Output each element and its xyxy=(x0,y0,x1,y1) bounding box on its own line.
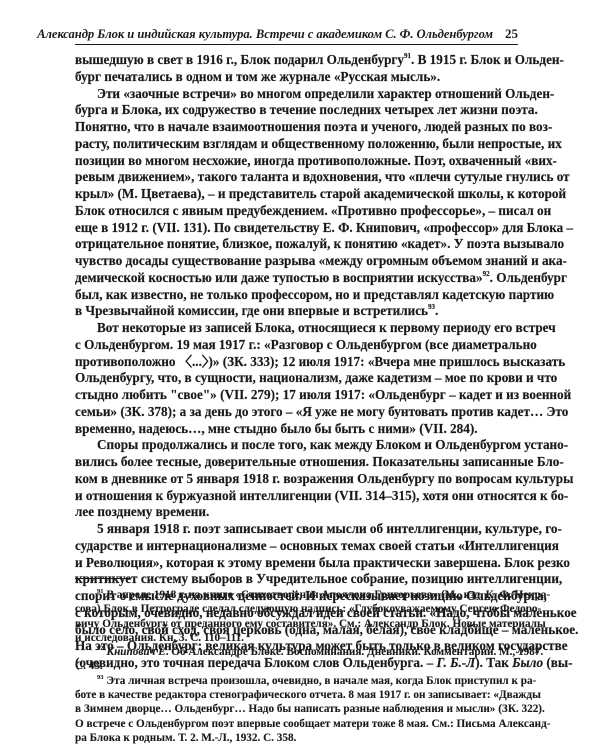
footnote-line: 91В апреле 1918 г. на книге «Стихотворен… xyxy=(75,588,518,602)
text-line: в Чрезвычайной комиссии, где они впервые… xyxy=(75,303,518,320)
text-line: семьи» (ЗК. 378); а за день до этого – «… xyxy=(75,404,518,421)
running-head-title: Александр Блок и индийская культура. Вст… xyxy=(37,27,493,42)
footnote-reference[interactable]: 92 xyxy=(483,270,490,278)
footnote-line: 93Эта личная встреча произошла, очевидно… xyxy=(75,674,518,688)
paragraph: Споры продолжались и после того, как меж… xyxy=(75,437,518,521)
footnote-line: в Зимнем дворце… Ольденбург… Надо бы нап… xyxy=(75,702,518,716)
paragraph: вышедшую в свет в 1916 г., Блок подарил … xyxy=(75,52,518,86)
text-line: и Революция», которая к этому времени бы… xyxy=(75,555,518,572)
text-line: ревым движением», такого таланта и вдохн… xyxy=(75,169,518,186)
text-line: Блок относился с явным предубеждением. «… xyxy=(75,203,518,220)
footnote-number: 93 xyxy=(97,674,104,681)
text-line: ком в дневнике от 5 января 1918 г. возра… xyxy=(75,471,518,488)
text-line: Вот некоторые из записей Блока, относящи… xyxy=(75,320,518,337)
footnote-92: 92Книпович Е. Об Александре Блоке. Воспо… xyxy=(75,645,518,674)
footnote-line: и исследования. Кн. 3. С. 110–111. xyxy=(75,631,518,645)
footnote-reference[interactable]: 91 xyxy=(404,52,411,60)
footnote-93: 93Эта личная встреча произошла, очевидно… xyxy=(75,674,518,745)
text-line: лее позднему времени. xyxy=(75,504,518,521)
text-line: стыдно любить "свое"» (VII. 279); 17 июл… xyxy=(75,387,518,404)
footnote-line: вичу Ольденбургу от преданного ему соста… xyxy=(75,617,518,631)
text-line: чувство досады существование разрыва «ме… xyxy=(75,253,518,270)
paragraph: Вот некоторые из записей Блока, относящи… xyxy=(75,320,518,437)
footnote-line: боте в качестве редактора стенографическ… xyxy=(75,688,518,702)
footnote-line: С. 43. xyxy=(75,659,518,673)
text-line: с Ольденбургом. 19 мая 1917 г.: «Разгово… xyxy=(75,337,518,354)
text-line: Ольденбургу, что, в сущности, национализ… xyxy=(75,370,518,387)
body-text: вышедшую в свет в 1916 г., Блок подарил … xyxy=(75,52,518,672)
text-line: 5 января 1918 г. поэт записывает свои мы… xyxy=(75,521,518,538)
footnote-number: 91 xyxy=(97,588,104,595)
paragraph: Эти «заочные встречи» во многом определи… xyxy=(75,86,518,321)
footnote-line: сова) Блок в Петрограде сделал следующую… xyxy=(75,602,518,616)
footnote-number: 92 xyxy=(97,645,104,652)
page-number: 25 xyxy=(505,26,518,42)
footnote-line: О встрече с Ольденбургом поэт впервые со… xyxy=(75,717,518,731)
text-line: расту, политическим взглядам и обществен… xyxy=(75,136,518,153)
text-line: противоположно 〈...〉)» (ЗК. 333); 12 июл… xyxy=(75,354,518,371)
text-line: был, как известно, не только профессором… xyxy=(75,287,518,304)
text-line: сударстве и интернационализме – основных… xyxy=(75,538,518,555)
footnote-reference[interactable]: 93 xyxy=(428,303,435,311)
footnote-line: 92Книпович Е. Об Александре Блоке. Воспо… xyxy=(75,645,518,659)
footnote-line: ра Блока к родным. Т. 2. М.-Л., 1932. С.… xyxy=(75,731,518,745)
running-head: Александр Блок и индийская культура. Вст… xyxy=(85,26,518,44)
header-rule xyxy=(75,44,518,45)
footnote-91: 91В апреле 1918 г. на книге «Стихотворен… xyxy=(75,588,518,645)
text-line: еще в 1912 г. (VII. 131). По свидетельст… xyxy=(75,220,518,237)
text-line: вышедшую в свет в 1916 г., Блок подарил … xyxy=(75,52,518,69)
text-line: вились более тесные, доверительные отнош… xyxy=(75,454,518,471)
text-line: критикует систему выборов в Учредительно… xyxy=(75,571,518,588)
text-line: отрицательное понятие, близкое, пожалуй,… xyxy=(75,236,518,253)
text-line: бурга и Блока, их содружество в течение … xyxy=(75,102,518,119)
text-line: Споры продолжались и после того, как меж… xyxy=(75,437,518,454)
text-line: и отношения к буржуазной интеллигенции (… xyxy=(75,488,518,505)
text-line: Эти «заочные встречи» во многом определи… xyxy=(75,86,518,103)
text-line: временно, надеюсь…, мне стыдно было бы б… xyxy=(75,421,518,438)
text-line: демической косностью или даже тупостью в… xyxy=(75,270,518,287)
footnote-separator xyxy=(75,578,131,579)
text-line: бург печатались в одном и том же журнале… xyxy=(75,69,518,86)
italic-text: Книпович Е xyxy=(107,646,166,658)
text-line: позиции во многом несхожие, иногда проти… xyxy=(75,153,518,170)
footnotes: 91В апреле 1918 г. на книге «Стихотворен… xyxy=(75,588,518,745)
text-line: крыл» (М. Цветаева), – и представитель с… xyxy=(75,186,518,203)
text-line: Понятно, что в начале взаимоотношения по… xyxy=(75,119,518,136)
